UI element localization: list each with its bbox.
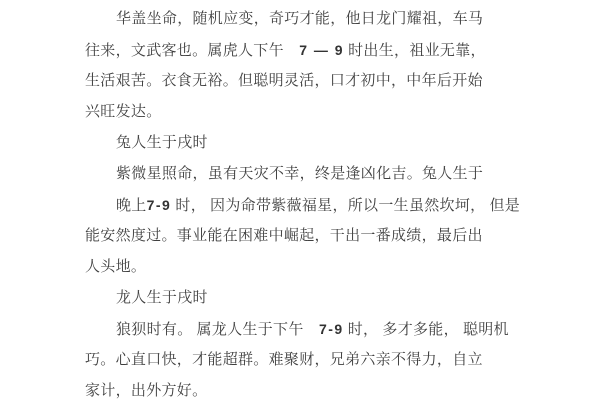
text-segment: 龙人生于戌时: [116, 290, 208, 306]
text-line: 能安然度过。事业能在困难中崛起，干出一番成绩，最后出: [85, 221, 520, 252]
text-line: 紫微星照命，虽有天灾不幸，终是逢凶化吉。兔人生于: [85, 159, 520, 190]
text-line: 晚上7-9 时， 因为命带紫薇福星，所以一生虽然坎坷， 但是: [85, 190, 520, 221]
text-line: 家计，出外方好。: [85, 376, 520, 400]
time-number: 7 — 9: [299, 42, 344, 58]
text-segment: 人头地。: [85, 259, 146, 275]
text-segment: 时， 多才多能， 聪明机: [344, 322, 509, 338]
text-segment: 兴旺发达。: [85, 104, 162, 120]
text-segment: 时， 因为命带紫薇福星，所以一生虽然坎坷， 但是: [171, 198, 520, 214]
document-page: 华盖坐命，随机应变，奇巧才能，他日龙门耀祖，车马往来，文武客也。属虎人下午 7 …: [0, 0, 600, 400]
text-segment: 往来，文武客也。属虎人下午: [85, 43, 299, 59]
section-heading: 兔人生于戌时: [85, 128, 520, 159]
time-number: 7-9: [147, 197, 172, 213]
text-line: 华盖坐命，随机应变，奇巧才能，他日龙门耀祖，车马: [85, 4, 520, 35]
text-segment: 晚上: [116, 198, 147, 214]
text-line: 人头地。: [85, 252, 520, 283]
text-block: 华盖坐命，随机应变，奇巧才能，他日龙门耀祖，车马往来，文武客也。属虎人下午 7 …: [85, 4, 520, 400]
text-line: 往来，文武客也。属虎人下午 7 — 9 时出生，祖业无靠，: [85, 35, 520, 66]
text-segment: 狼狈时有。 属龙人生于下午: [116, 322, 319, 338]
text-line: 狼狈时有。 属龙人生于下午 7-9 时， 多才多能， 聪明机: [85, 314, 520, 345]
text-segment: 时出生，祖业无靠，: [344, 43, 486, 59]
text-line: 兴旺发达。: [85, 97, 520, 128]
section-heading: 龙人生于戌时: [85, 283, 520, 314]
text-segment: 兔人生于戌时: [116, 135, 208, 151]
text-line: 生活艰苦。衣食无裕。但聪明灵活，口才初中，中年后开始: [85, 66, 520, 97]
text-segment: 生活艰苦。衣食无裕。但聪明灵活，口才初中，中年后开始: [85, 73, 483, 89]
text-line: 巧。心直口快，才能超群。难聚财，兄弟六亲不得力，自立: [85, 345, 520, 376]
text-segment: 华盖坐命，随机应变，奇巧才能，他日龙门耀祖，车马: [116, 11, 483, 27]
text-segment: 紫微星照命，虽有天灾不幸，终是逢凶化吉。兔人生于: [116, 166, 483, 182]
text-segment: 巧。心直口快，才能超群。难聚财，兄弟六亲不得力，自立: [85, 352, 483, 368]
time-number: 7-9: [319, 321, 344, 337]
text-segment: 能安然度过。事业能在困难中崛起，干出一番成绩，最后出: [85, 228, 483, 244]
text-segment: 家计，出外方好。: [85, 383, 207, 399]
